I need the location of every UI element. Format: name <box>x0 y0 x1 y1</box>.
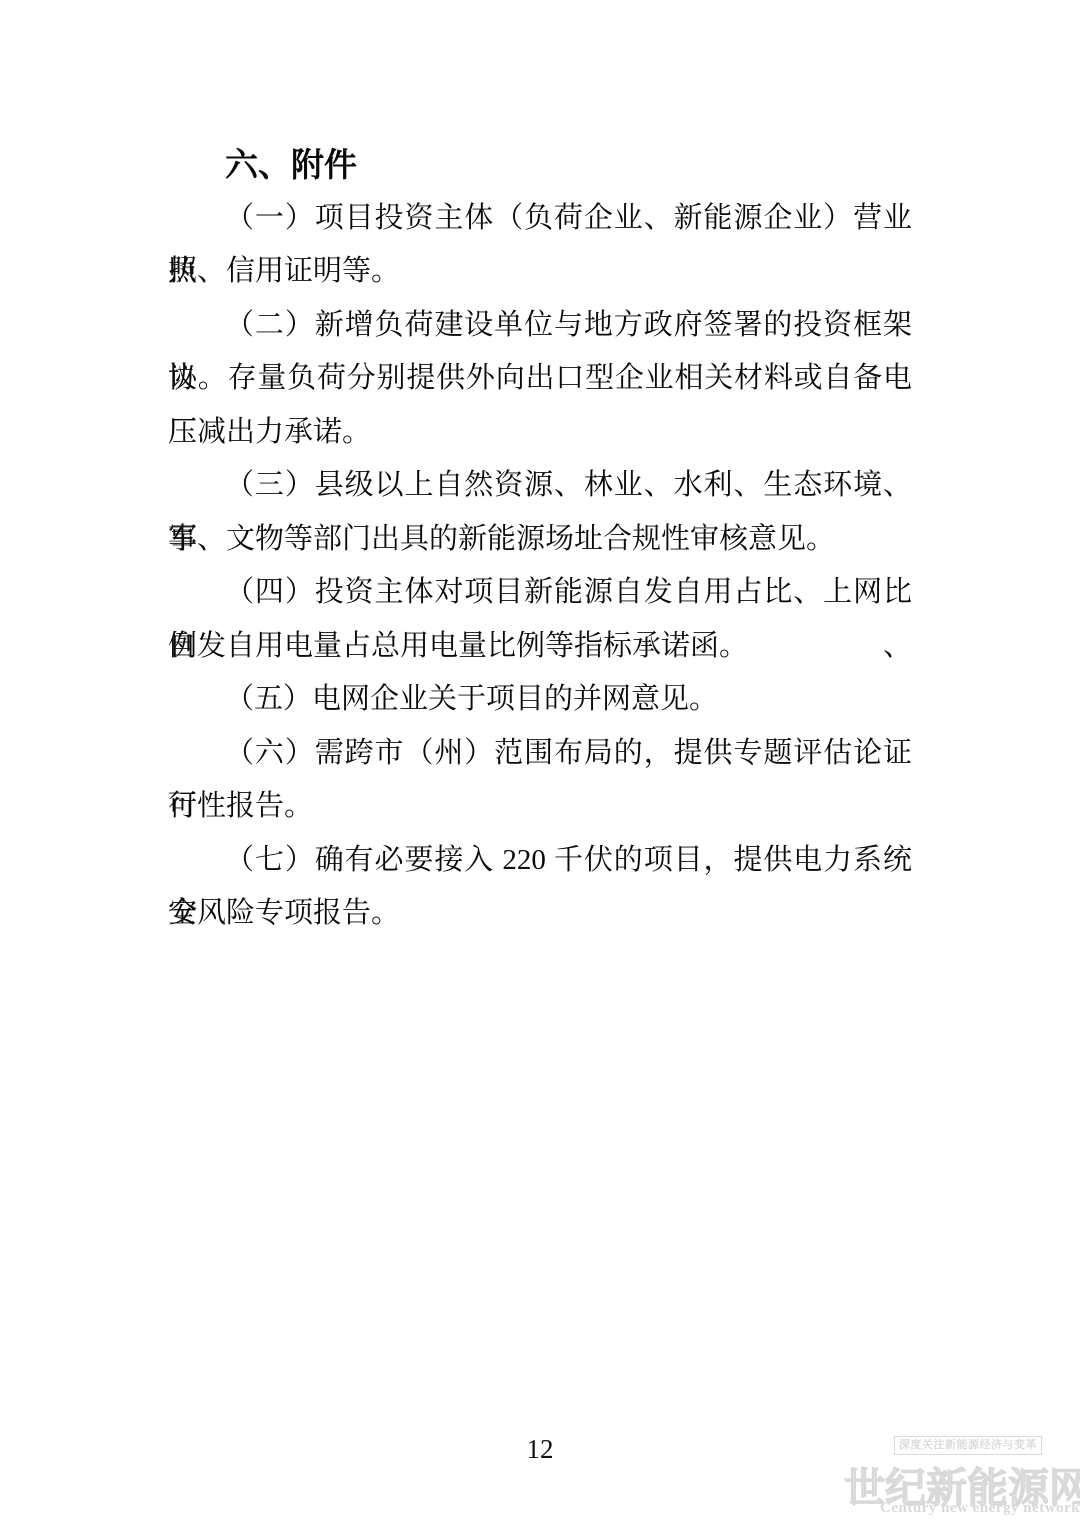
body-line: （七）确有必要接入 220 千伏的项目，提供电力系统安 <box>168 834 912 888</box>
section-heading: 六、附件 <box>168 138 912 192</box>
body-line: 事、文物等部门出具的新能源场址合规性审核意见。 <box>168 513 912 567</box>
body-line: （五）电网企业关于项目的并网意见。 <box>168 673 912 727</box>
body-line: （四）投资主体对项目新能源自发自用占比、上网比例、 <box>168 566 912 620</box>
body-line: 压减出力承诺。 <box>168 406 912 460</box>
body-line: 议。存量负荷分别提供外向出口型企业相关材料或自备电厂 <box>168 352 912 406</box>
body-line: 照、信用证明等。 <box>168 245 912 299</box>
body-line: （三）县级以上自然资源、林业、水利、生态环境、军 <box>168 459 912 513</box>
document-page: 六、附件 （一）项目投资主体（负荷企业、新能源企业）营业执 照、信用证明等。 （… <box>0 0 1080 1528</box>
page-number: 12 <box>0 1434 1080 1465</box>
body-line: （一）项目投资主体（负荷企业、新能源企业）营业执 <box>168 192 912 246</box>
body-line: （六）需跨市（州）范围布局的，提供专题评估论证可 <box>168 727 912 781</box>
document-body: 六、附件 （一）项目投资主体（负荷企业、新能源企业）营业执 照、信用证明等。 （… <box>168 138 912 941</box>
body-line: 全风险专项报告。 <box>168 887 912 941</box>
body-line: （二）新增负荷建设单位与地方政府签署的投资框架协 <box>168 299 912 353</box>
watermark-subtitle: Century new energy network <box>880 1500 1080 1517</box>
body-line: 行性报告。 <box>168 780 912 834</box>
